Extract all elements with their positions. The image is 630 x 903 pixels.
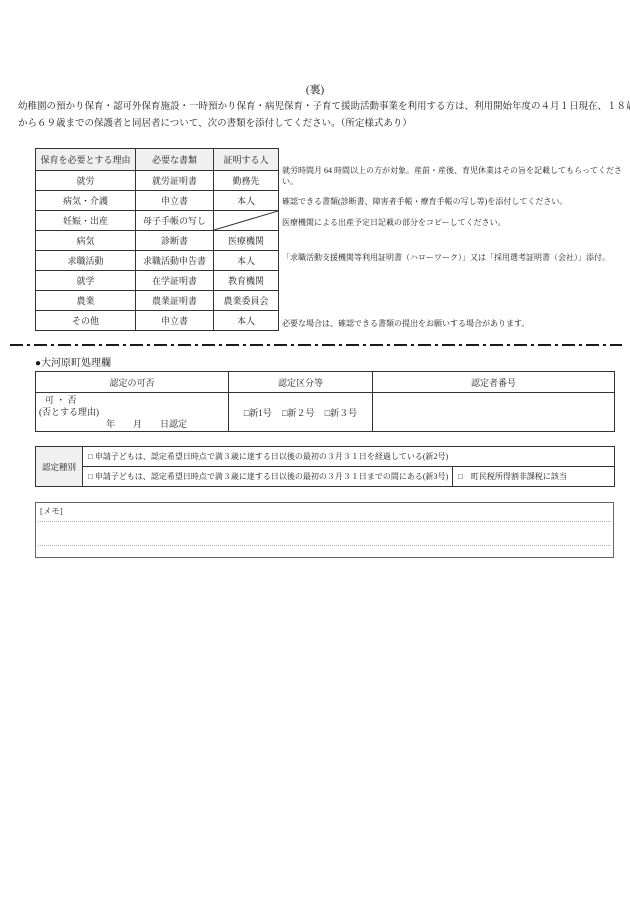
approval-header-row: 認定の可否 認定区分等 認定者番号 (36, 372, 615, 393)
cell-reason: その他 (36, 311, 136, 331)
cell-certifier: 医療機関 (214, 231, 279, 251)
table-row-agriculture: 農業 農業証明書 農業委員会 (36, 291, 279, 311)
memo-ruled-line (38, 545, 611, 546)
checkbox-new3: □新３号 (325, 408, 357, 418)
checkbox-option-new2: □ 申請子どもは、認定希望日時点で満３歳に達する日以後の最初の３月３１日を経過し… (83, 447, 615, 467)
diagonal-slash-icon (214, 211, 278, 230)
col-header-document: 必要な書類 (136, 149, 214, 171)
cell-certifier: 本人 (214, 311, 279, 331)
cell-document: 母子手帳の写し (136, 211, 214, 231)
cell-certifier: 農業委員会 (214, 291, 279, 311)
table-row-sickness: 病気 診断書 医療機関 (36, 231, 279, 251)
note-pregnancy: 医療機関による出産予定日記載の部分をコピーしてください。 (282, 217, 624, 228)
table-row-schooling: 就学 在学証明書 教育機関 (36, 271, 279, 291)
table-row-sickness-care: 病気・介護 申立書 本人 (36, 191, 279, 211)
cell-reason: 妊娠・出産 (36, 211, 136, 231)
col-header-category: 認定区分等 (229, 372, 373, 393)
dash-dot-separator (10, 344, 622, 346)
category-options-cell: □新1号 □新２号 □新３号 (229, 393, 373, 432)
cell-document: 申立書 (136, 311, 214, 331)
note-employment: 就労時間月 64 時間以上の方が対象。産前・産後、育児休業はその旨を記載してもら… (282, 165, 624, 187)
note-sickness-care: 確認できる書類(診断書、障害者手帳・療育手帳の写し等)を添付してください。 (282, 196, 624, 207)
cell-document: 農業証明書 (136, 291, 214, 311)
table-row-employment: 就労 就労証明書 勤務先 (36, 171, 279, 191)
cell-certifier: 勤務先 (214, 171, 279, 191)
note-job-seeking: 「求職活動支援機関等利用証明書（ハローワーク）」又は「採用選考証明書（会社）」添… (282, 252, 624, 263)
certification-type-table: 認定種別 □ 申請子どもは、認定希望日時点で満３歳に達する日以後の最初の３月３１… (35, 446, 615, 487)
cert-type-row1: 認定種別 □ 申請子どもは、認定希望日時点で満３歳に達する日以後の最初の３月３１… (36, 447, 615, 467)
cell-document: 在学証明書 (136, 271, 214, 291)
checkbox-new2: □新２号 (282, 408, 314, 418)
approval-yes-no: 可 ・ 否 (36, 394, 228, 406)
note-other: 必要な場合は、確認できる書類の提出をお願いする場合があります。 (282, 318, 624, 329)
processing-section-title: ●大河原町処理欄 (35, 354, 111, 369)
approval-decision-cell: 可 ・ 否 (否とする理由) 年 月 日認定 (36, 393, 229, 432)
table-row-pregnancy: 妊娠・出産 母子手帳の写し (36, 211, 279, 231)
cell-document: 診断書 (136, 231, 214, 251)
intro-line1: 幼稚園の預かり保育・認可外保育施設・一時預かり保育・病児保育・子育て援助活動事業… (18, 99, 622, 116)
checkbox-new1: □新1号 (244, 408, 272, 418)
approval-date-line: 年 月 日認定 (36, 418, 228, 430)
checkbox-tax-exempt: □ 町民税所得割非課税に該当 (453, 467, 615, 487)
cell-reason: 就学 (36, 271, 136, 291)
cell-reason: 求職活動 (36, 251, 136, 271)
intro-text: 幼稚園の預かり保育・認可外保育施設・一時預かり保育・病児保育・子育て援助活動事業… (18, 99, 622, 133)
form-page-back: (裏) 幼稚園の預かり保育・認可外保育施設・一時預かり保育・病児保育・子育て援助… (0, 0, 630, 903)
approval-body-row: 可 ・ 否 (否とする理由) 年 月 日認定 □新1号 □新２号 □新３号 (36, 393, 615, 432)
cell-certifier: 教育機関 (214, 271, 279, 291)
checkbox-option-new3: □ 申請子どもは、認定希望日時点で満３歳に達する日以後の最初の３月３１日までの間… (83, 467, 453, 487)
table-row-job-seeking: 求職活動 求職活動申告書 本人 (36, 251, 279, 271)
certifier-number-cell (373, 393, 615, 432)
cell-reason: 就労 (36, 171, 136, 191)
memo-ruled-line (38, 521, 611, 522)
required-documents-table: 保育を必要とする理由 必要な書類 証明する人 就労 就労証明書 勤務先 病気・介… (35, 148, 279, 331)
col-header-certifier-number: 認定者番号 (373, 372, 615, 393)
cert-type-label: 認定種別 (36, 447, 83, 487)
cell-reason: 農業 (36, 291, 136, 311)
cell-document: 申立書 (136, 191, 214, 211)
approval-table: 認定の可否 認定区分等 認定者番号 可 ・ 否 (否とする理由) 年 月 日認定… (35, 371, 615, 432)
page-side-label: (裏) (0, 81, 630, 97)
cell-certifier-diagonal (214, 211, 279, 231)
memo-box: [メモ] (35, 502, 614, 558)
col-header-approval: 認定の可否 (36, 372, 229, 393)
cell-reason: 病気・介護 (36, 191, 136, 211)
approval-reject-reason: (否とする理由) (36, 406, 228, 418)
cell-document: 就労証明書 (136, 171, 214, 191)
intro-line2: から６９歳までの保護者と同居者について、次の書類を添付してください。（所定様式あ… (18, 116, 622, 133)
col-header-reason: 保育を必要とする理由 (36, 149, 136, 171)
memo-label: [メモ] (40, 505, 63, 517)
table-row-other: その他 申立書 本人 (36, 311, 279, 331)
cell-certifier: 本人 (214, 191, 279, 211)
cell-certifier: 本人 (214, 251, 279, 271)
cell-document: 求職活動申告書 (136, 251, 214, 271)
col-header-certifier: 証明する人 (214, 149, 279, 171)
cell-reason: 病気 (36, 231, 136, 251)
cert-type-row2: □ 申請子どもは、認定希望日時点で満３歳に達する日以後の最初の３月３１日までの間… (36, 467, 615, 487)
table-header-row: 保育を必要とする理由 必要な書類 証明する人 (36, 149, 279, 171)
